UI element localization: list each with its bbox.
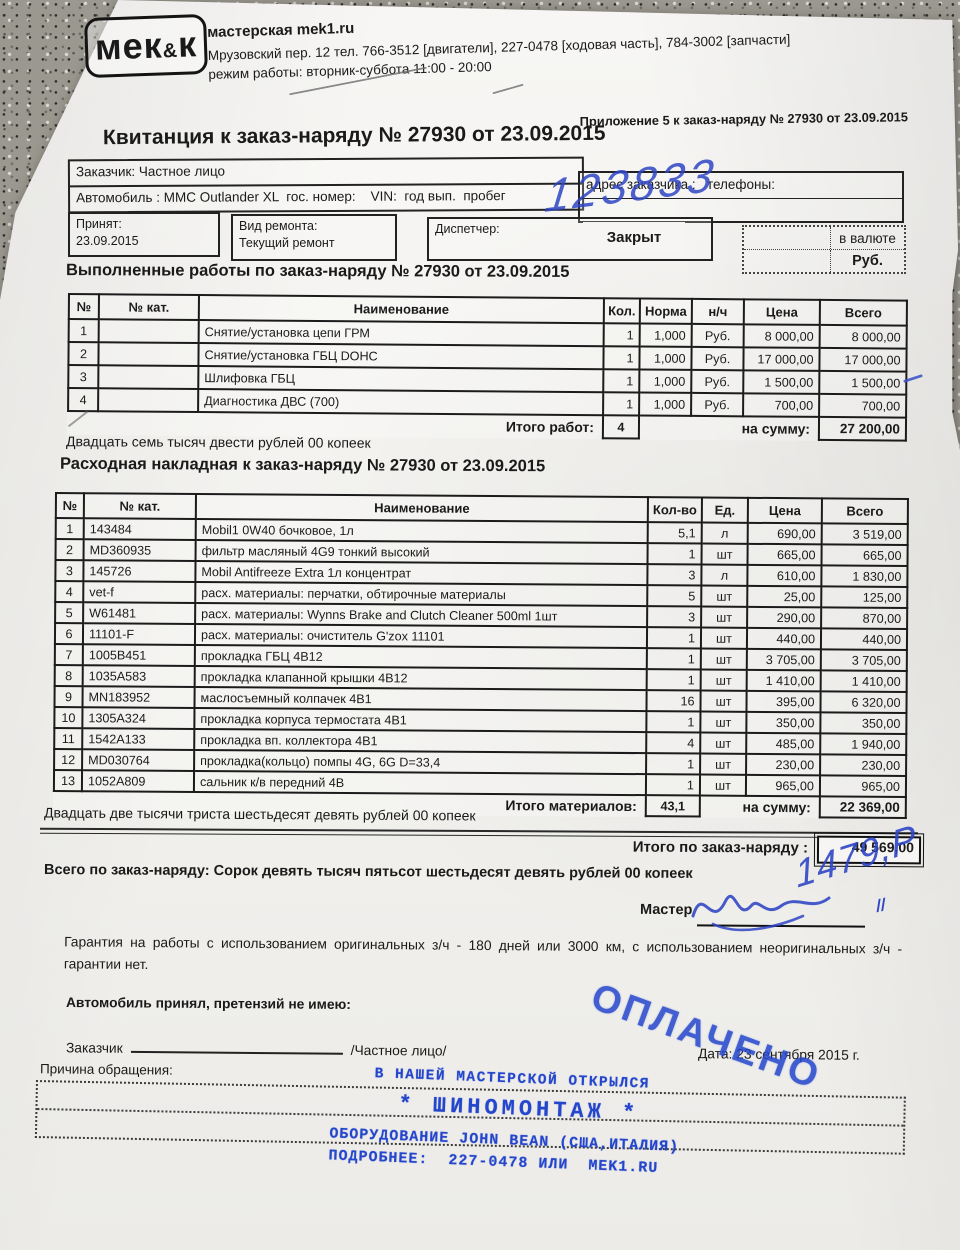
works-sum-label: на сумму: [639,415,819,439]
currency-empty-cell [744,250,830,272]
column-header: Норма [640,298,692,323]
cell-cat: 143484 [84,518,196,540]
page-title: Квитанция к заказ-наряду № 27930 от 23.0… [103,122,606,150]
currency-row: Руб. [744,249,904,272]
cell-n: 13 [54,770,82,791]
cell-total: 6 320,00 [820,691,906,713]
cell-unit: Руб. [692,324,744,347]
cell-unit: шт [701,607,747,628]
cell-norm: 1,000 [639,392,691,415]
cell-n: 1 [56,518,84,539]
cell-n: 7 [55,644,83,665]
cell-qty: 1 [646,753,700,774]
customer-signature-row: Заказчик/Частное лицо/ [66,1038,447,1058]
cell-n: 2 [56,539,84,560]
cell-price: 700,00 [743,393,819,417]
cell-qty: 1 [603,392,639,415]
cell-total: 3 519,00 [822,523,908,545]
cell-name: Шлифовка ГБЦ [198,366,603,392]
cell-cat: 1035A583 [83,665,195,687]
works-sum-value: 27 200,00 [819,417,906,441]
cell-total: 1 830,00 [821,565,907,587]
materials-sum-label: на сумму: [700,796,820,818]
cell-price: 610,00 [747,565,821,587]
customer-line: Заказчик: Частное лицо [70,159,582,186]
cell-cat: MD030764 [82,749,194,771]
closed-status-box: Закрыт [583,222,685,253]
works-amount-in-words: Двадцать семь тысяч двести рублей 00 коп… [66,433,371,451]
cell-n: 9 [54,686,82,707]
cell-cat [99,319,199,343]
cell-price: 350,00 [746,712,820,734]
grand-total-in-words: Всего по заказ-наряду: Сорок девять тыся… [44,862,693,882]
cell-cat: 1542A133 [82,728,194,750]
cell-cat: MD360935 [84,539,196,561]
cell-price: 690,00 [748,523,822,545]
cell-total: 1 500,00 [819,371,906,395]
order-total-label: Итого по заказ-наряду : [596,838,808,856]
cell-price: 485,00 [746,733,820,755]
cell-qty: 1 [603,346,639,369]
cell-n: 12 [54,749,82,770]
cell-unit: шт [700,691,746,712]
cell-price: 395,00 [746,691,820,713]
cell-cat [98,365,198,389]
header-contact-block: мастерская mek1.ru Мрузовский пер. 12 те… [207,4,928,82]
column-header: н/ч [692,299,744,324]
cell-price: 1 500,00 [743,370,819,394]
handwritten-slashes: // [874,895,887,917]
cell-norm: 1,000 [640,323,692,346]
divider-double-rule [40,828,918,839]
cell-unit: шт [700,733,746,754]
cell-price: 440,00 [747,628,821,650]
cell-n: 2 [68,342,98,365]
cell-unit: л [701,565,747,586]
cell-qty: 1 [647,669,701,690]
cell-price: 230,00 [746,754,820,776]
cell-name: Диагностика ДВС (700) [198,389,603,415]
cell-unit: шт [701,670,747,691]
cell-qty: 5,1 [648,522,702,543]
materials-table: №№ кат.НаименованиеКол-воЕд.ЦенаВсего 11… [53,492,909,819]
currency-value: Руб. [830,250,904,272]
customer-label: Заказчик [66,1040,123,1055]
works-section-heading: Выполненные работы по заказ-наряду № 279… [66,261,570,282]
cell-total: 1 940,00 [820,733,906,755]
cell-total: 965,00 [820,775,906,797]
cell-norm: 1,000 [639,346,691,369]
column-header: № кат. [84,493,196,519]
column-header: Кол. [604,298,640,323]
repair-type-box: Вид ремонта: Текущий ремонт [231,214,397,261]
cell-total: 350,00 [820,712,906,734]
cell-qty: 1 [603,369,639,392]
advert-stamp: В НАШЕЙ МАСТЕРСКОЙ ОТКРЫЛСЯ * ШИНОМОНТАЖ… [316,1064,939,1188]
column-header: Всего [820,300,907,326]
cell-unit: шт [702,544,748,565]
cell-total: 3 705,00 [821,649,907,671]
cell-qty: 4 [646,732,700,753]
cell-unit: шт [700,712,746,733]
cell-qty: 3 [647,606,701,627]
cell-n: 1 [69,319,99,342]
cell-n: 11 [54,728,82,749]
currency-empty-cell [744,227,830,249]
cell-unit: Руб. [691,370,743,393]
cell-n: 3 [55,560,83,581]
cell-total: 8 000,00 [820,325,907,349]
guarantee-text: Гарантия на работы с использованием ориг… [64,931,902,982]
materials-amount-in-words: Двадцать две тысячи триста шестьдесят де… [44,804,476,823]
cell-qty: 1 [648,543,702,564]
materials-total-qty: 43,1 [646,795,700,816]
cell-qty: 1 [604,323,640,346]
currency-row: в валюте [744,227,904,249]
cell-qty: 1 [647,627,701,648]
cell-norm: 1,000 [639,369,691,392]
currency-box: в валюте Руб. [742,225,906,274]
cell-n: 8 [55,665,83,686]
cell-n: 3 [68,365,98,388]
column-header: Цена [748,498,822,524]
column-header: Цена [744,299,820,325]
logo-text: мек&к [94,26,197,66]
cell-cat: MN183952 [82,686,194,708]
cell-unit: л [702,523,748,544]
repair-type-label: Вид ремонта: [239,218,389,235]
materials-sum-value: 22 369,00 [820,796,906,818]
cell-total: 1 410,00 [821,670,907,692]
cell-cat [98,342,198,366]
pen-mark [492,84,523,95]
repair-type-value: Текущий ремонт [239,235,389,252]
column-header: № [69,294,99,319]
receipt-content: мек&к мастерская mek1.ru Мрузовский пер.… [0,0,960,1250]
cell-total: 230,00 [820,754,906,776]
cell-qty: 1 [647,648,701,669]
cell-cat [98,388,198,412]
cell-price: 665,00 [748,544,822,566]
cell-price: 290,00 [747,607,821,629]
cell-qty: 5 [647,585,701,606]
cell-unit: шт [701,586,747,607]
cell-total: 665,00 [822,544,908,566]
works-table: №№ кат.НаименованиеКол.Норман/чЦенаВсего… [67,293,908,442]
reason-label: Причина обращения: [40,1061,173,1077]
cell-price: 3 705,00 [747,649,821,671]
customer-signature-line [131,1039,343,1055]
cell-total: 125,00 [821,586,907,608]
cell-unit: шт [700,754,746,775]
cell-n: 6 [55,623,83,644]
cell-qty: 3 [647,564,701,585]
column-header: Наименование [196,494,648,522]
cell-cat: 145726 [83,560,195,582]
customer-box: Заказчик: Частное лицо Автомобиль : MMC … [68,157,584,214]
column-header: Ед. [702,498,748,523]
cell-n: 10 [54,707,82,728]
cell-price: 17 000,00 [743,347,819,371]
cell-total: 440,00 [821,628,907,650]
cell-cat: 1305A324 [82,707,194,729]
cell-qty: 1 [646,774,700,795]
works-total-qty: 4 [603,415,639,438]
materials-section-heading: Расходная накладная к заказ-наряду № 279… [60,455,545,477]
cell-n: 5 [55,602,83,623]
cell-unit: Руб. [691,393,743,416]
cell-unit: шт [701,628,747,649]
master-signature [683,876,843,938]
company-logo: мек&к [84,14,208,78]
cell-n: 4 [68,388,98,411]
cell-cat: 1005B451 [83,644,195,666]
accepted-date: 23.09.2015 [76,233,212,250]
customer-suffix: /Частное лицо/ [351,1043,447,1059]
cell-price: 965,00 [746,775,820,797]
column-header: Наименование [199,295,604,323]
cell-price: 8 000,00 [744,324,820,348]
cell-cat: vet-f [83,581,195,603]
cell-qty: 16 [646,690,700,711]
column-header: № кат. [99,294,199,320]
accepted-label: Принят: [76,216,212,233]
column-header: № [56,493,84,518]
cell-price: 1 410,00 [747,670,821,692]
cell-cat: 1052A809 [82,770,194,792]
acceptance-line: Автомобиль принял, претензий не имею: [66,995,351,1012]
vehicle-line: Автомобиль : MMC Outlander XL гос. номер… [70,183,582,212]
column-header: Всего [822,498,908,524]
column-header: Кол-во [648,497,702,522]
cell-cat: W61481 [83,602,195,624]
cell-total: 870,00 [821,607,907,629]
currency-label: в валюте [830,227,904,249]
cell-total: 700,00 [819,394,906,418]
cell-name: Снятие/установка цепи ГРМ [199,320,604,346]
cell-total: 17 000,00 [819,348,906,372]
cell-unit: шт [700,775,746,796]
cell-qty: 1 [646,711,700,732]
photo-background: мек&к мастерская mek1.ru Мрузовский пер.… [0,0,960,1250]
cell-price: 25,00 [747,586,821,608]
cell-unit: шт [701,649,747,670]
cell-cat: 11101-F [83,623,195,645]
cell-name: Снятие/установка ГБЦ DOHC [198,343,603,369]
cell-n: 4 [55,581,83,602]
works-table-body: 1Снятие/установка цепи ГРМ11,000Руб.8 00… [68,319,907,418]
materials-table-body: 1143484Mobil1 0W40 бочковое, 1л5,1л690,0… [54,518,908,797]
cell-unit: Руб. [691,347,743,370]
accepted-box: Принят: 23.09.2015 [68,212,220,257]
